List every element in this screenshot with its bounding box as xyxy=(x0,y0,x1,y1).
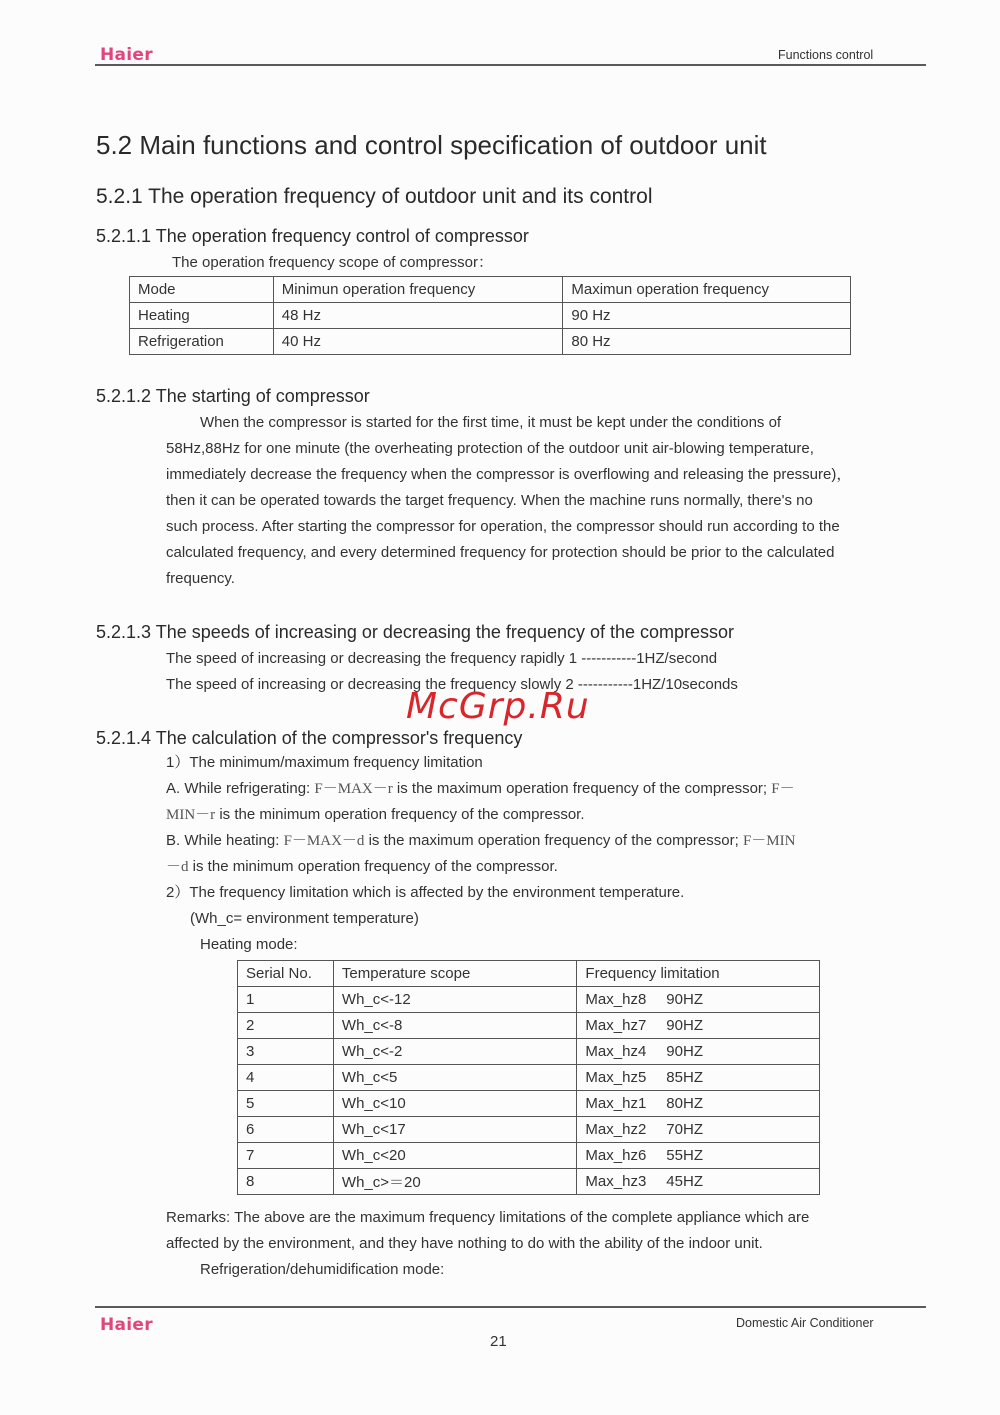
table-cell: Refrigeration xyxy=(130,329,274,355)
serial-no: 3 xyxy=(246,1043,254,1060)
item-b-prefix: B. While heating: xyxy=(166,832,284,849)
speed-rapid-line: The speed of increasing or decreasing th… xyxy=(166,646,738,672)
limit-frequency: 45HZ xyxy=(666,1173,703,1190)
serial-no: 6 xyxy=(246,1121,254,1138)
env-temp-note: (Wh_c= environment temperature) xyxy=(166,906,923,932)
table-cell: 40 Hz xyxy=(273,329,563,355)
temperature-scope: Wh_c<-12 xyxy=(342,991,411,1008)
temperature-scope: Wh_c<5 xyxy=(342,1069,397,1086)
limit-parameter: Max_hz8 xyxy=(585,991,646,1008)
table-cell: 6 xyxy=(238,1117,334,1143)
item-a-text-2: is the minimum operation frequency of th… xyxy=(215,806,584,823)
serial-no: 4 xyxy=(246,1069,254,1086)
table-row: Heating 48 Hz 90 Hz xyxy=(130,303,851,329)
item-a-text: is the maximum operation frequency of th… xyxy=(393,780,772,797)
limit-frequency: 85HZ xyxy=(666,1069,703,1086)
limit-frequency: 90HZ xyxy=(666,1017,703,1034)
f-min-d-symbol-end: －d xyxy=(166,859,189,875)
limit-parameter: Max_hz4 xyxy=(585,1043,646,1060)
item-a-prefix: A. While refrigerating: xyxy=(166,780,314,797)
item-1-heading: 1）The minimum/maximum frequency limitati… xyxy=(166,750,923,776)
table-cell: Max_hz890HZ xyxy=(577,987,820,1013)
table-row: 4Wh_c<5Max_hz585HZ xyxy=(238,1065,820,1091)
item-b-text-2: is the minimum operation frequency of th… xyxy=(189,858,558,875)
section-5-2-1-title: 5.2.1 The operation frequency of outdoor… xyxy=(96,185,652,209)
table-cell: Heating xyxy=(130,303,274,329)
paragraph-line: When the compressor is started for the f… xyxy=(166,410,923,436)
page-number: 21 xyxy=(490,1333,507,1350)
table-cell: 3 xyxy=(238,1039,334,1065)
table-cell: Max_hz490HZ xyxy=(577,1039,820,1065)
section-5-2-1-3-title: 5.2.1.3 The speeds of increasing or decr… xyxy=(96,622,734,643)
limit-parameter: Max_hz1 xyxy=(585,1095,646,1112)
table-cell: Wh_c<-12 xyxy=(333,987,577,1013)
f-min-d-symbol-start: F－MIN xyxy=(743,833,796,849)
item-b-text: is the maximum operation frequency of th… xyxy=(364,832,743,849)
table-row: 6Wh_c<17Max_hz270HZ xyxy=(238,1117,820,1143)
table-cell: Wh_c<17 xyxy=(333,1117,577,1143)
paragraph-line: such process. After starting the compres… xyxy=(166,514,923,540)
limit-frequency: 55HZ xyxy=(666,1147,703,1164)
footer-divider xyxy=(95,1306,926,1308)
paragraph-line: then it can be operated towards the targ… xyxy=(166,488,923,514)
table-cell: Wh_c<10 xyxy=(333,1091,577,1117)
table-cell: Max_hz655HZ xyxy=(577,1143,820,1169)
temperature-scope: Wh_c<10 xyxy=(342,1095,406,1112)
serial-no: 1 xyxy=(246,991,254,1008)
remarks-line: Remarks: The above are the maximum frequ… xyxy=(166,1205,923,1231)
frequency-scope-table: Mode Minimun operation frequency Maximun… xyxy=(129,276,851,355)
table-cell: Wh_c<-8 xyxy=(333,1013,577,1039)
table-cell: 5 xyxy=(238,1091,334,1117)
table-cell: 90 Hz xyxy=(563,303,851,329)
heating-mode-label: Heating mode: xyxy=(166,932,923,958)
compressor-start-paragraph: When the compressor is started for the f… xyxy=(166,410,923,592)
table-cell: 7 xyxy=(238,1143,334,1169)
remarks-line: affected by the environment, and they ha… xyxy=(166,1231,923,1257)
limit-parameter: Max_hz6 xyxy=(585,1147,646,1164)
f-max-d-symbol: F－MAX－d xyxy=(284,833,365,849)
table-header-cell: Serial No. xyxy=(238,961,334,987)
item-a-line-2: MIN－r is the minimum operation frequency… xyxy=(166,802,923,828)
table-cell: Max_hz345HZ xyxy=(577,1169,820,1195)
table-header-cell: Minimun operation frequency xyxy=(273,277,563,303)
header-section-title: Functions control xyxy=(778,48,873,62)
table-cell: 8 xyxy=(238,1169,334,1195)
paragraph-line: 58Hz,88Hz for one minute (the overheatin… xyxy=(166,436,923,462)
temperature-scope: Wh_c<20 xyxy=(342,1147,406,1164)
item-b-line-1: B. While heating: F－MAX－d is the maximum… xyxy=(166,828,923,854)
temperature-scope: Wh_c<-2 xyxy=(342,1043,402,1060)
table-cell: Max_hz585HZ xyxy=(577,1065,820,1091)
serial-no: 2 xyxy=(246,1017,254,1034)
frequency-scope-caption: The operation frequency scope of compres… xyxy=(172,250,493,276)
table-header-row: Serial No. Temperature scope Frequency l… xyxy=(238,961,820,987)
limit-parameter: Max_hz3 xyxy=(585,1173,646,1190)
serial-no: 7 xyxy=(246,1147,254,1164)
header-brand-logo: Haier xyxy=(100,45,153,65)
section-5-2-1-2-title: 5.2.1.2 The starting of compressor xyxy=(96,386,370,407)
watermark: McGrp.Ru xyxy=(406,686,590,727)
table-cell: 4 xyxy=(238,1065,334,1091)
table-cell: Max_hz270HZ xyxy=(577,1117,820,1143)
limit-frequency: 70HZ xyxy=(666,1121,703,1138)
heating-frequency-limit-table: Serial No. Temperature scope Frequency l… xyxy=(237,960,820,1195)
temperature-scope: Wh_c<-8 xyxy=(342,1017,402,1034)
table-cell: Max_hz180HZ xyxy=(577,1091,820,1117)
remarks-block: Remarks: The above are the maximum frequ… xyxy=(166,1205,923,1283)
limit-frequency: 90HZ xyxy=(666,991,703,1008)
frequency-calc-body: 1）The minimum/maximum frequency limitati… xyxy=(166,750,923,958)
table-row: 5Wh_c<10Max_hz180HZ xyxy=(238,1091,820,1117)
table-cell: Wh_c<5 xyxy=(333,1065,577,1091)
table-header-cell: Temperature scope xyxy=(333,961,577,987)
f-min-r-symbol-end: MIN－r xyxy=(166,807,215,823)
table-row: 8Wh_c>＝20Max_hz345HZ xyxy=(238,1169,820,1195)
footer-brand-logo: Haier xyxy=(100,1315,153,1335)
table-cell: Wh_c<20 xyxy=(333,1143,577,1169)
table-cell: Max_hz790HZ xyxy=(577,1013,820,1039)
limit-frequency: 80HZ xyxy=(666,1095,703,1112)
f-max-r-symbol: F－MAX－r xyxy=(314,781,392,797)
item-2-heading: 2）The frequency limitation which is affe… xyxy=(166,880,923,906)
section-5-2-1-1-title: 5.2.1.1 The operation frequency control … xyxy=(96,226,529,247)
table-cell: Wh_c>＝20 xyxy=(333,1169,577,1195)
table-row: 3Wh_c<-2Max_hz490HZ xyxy=(238,1039,820,1065)
table-header-cell: Maximun operation frequency xyxy=(563,277,851,303)
table-cell: Wh_c<-2 xyxy=(333,1039,577,1065)
serial-no: 8 xyxy=(246,1173,254,1190)
paragraph-line: frequency. xyxy=(166,566,923,592)
table-row: 1Wh_c<-12Max_hz890HZ xyxy=(238,987,820,1013)
table-row: Refrigeration 40 Hz 80 Hz xyxy=(130,329,851,355)
section-5-2-1-4-title: 5.2.1.4 The calculation of the compresso… xyxy=(96,728,522,749)
serial-no: 5 xyxy=(246,1095,254,1112)
f-min-r-symbol-start: F－ xyxy=(771,781,794,797)
table-cell: 48 Hz xyxy=(273,303,563,329)
table-row: 2Wh_c<-8Max_hz790HZ xyxy=(238,1013,820,1039)
footer-product-name: Domestic Air Conditioner xyxy=(736,1316,874,1330)
table-row: 7Wh_c<20Max_hz655HZ xyxy=(238,1143,820,1169)
table-header-cell: Mode xyxy=(130,277,274,303)
header-divider xyxy=(95,64,926,66)
temperature-scope: Wh_c>＝20 xyxy=(342,1174,421,1191)
table-cell: 1 xyxy=(238,987,334,1013)
limit-parameter: Max_hz5 xyxy=(585,1069,646,1086)
limit-parameter: Max_hz2 xyxy=(585,1121,646,1138)
table-header-cell: Frequency limitation xyxy=(577,961,820,987)
limit-parameter: Max_hz7 xyxy=(585,1017,646,1034)
table-cell: 2 xyxy=(238,1013,334,1039)
paragraph-line: immediately decrease the frequency when … xyxy=(166,462,923,488)
paragraph-line: calculated frequency, and every determin… xyxy=(166,540,923,566)
limit-frequency: 90HZ xyxy=(666,1043,703,1060)
item-a-line-1: A. While refrigerating: F－MAX－r is the m… xyxy=(166,776,923,802)
table-header-row: Mode Minimun operation frequency Maximun… xyxy=(130,277,851,303)
refrigeration-mode-label: Refrigeration/dehumidification mode: xyxy=(166,1257,923,1283)
table-cell: 80 Hz xyxy=(563,329,851,355)
item-b-line-2: －d is the minimum operation frequency of… xyxy=(166,854,923,880)
section-5-2-title: 5.2 Main functions and control specifica… xyxy=(96,130,767,161)
temperature-scope: Wh_c<17 xyxy=(342,1121,406,1138)
